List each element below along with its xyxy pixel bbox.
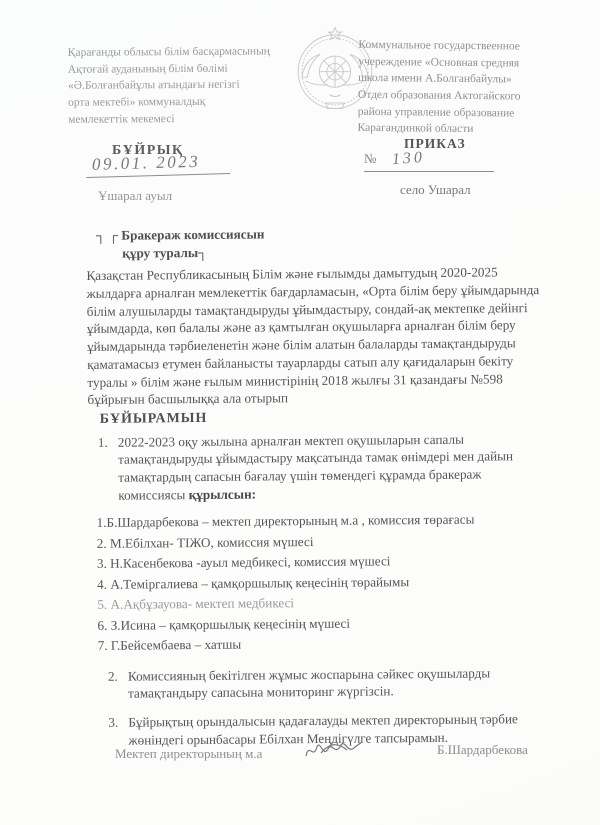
place-ru: село Ушарал — [400, 182, 471, 198]
member-row: 7. Г.Бейсембаева – хатшы — [98, 632, 550, 656]
issuer-name-kk: Қарағанды облысы білім басқармасының Ақт… — [68, 43, 305, 128]
issuer-kk-line: «Ә.Болғанбайұлы атындағы негізгі — [68, 77, 304, 95]
decree-word: БҰЙЫРАМЫН — [100, 407, 548, 430]
issuer-kk-line: Ақтоғай ауданының білім бөлімі — [68, 60, 304, 78]
subject-line2: құру туралы┐ — [122, 241, 546, 262]
issuer-name-ru: Коммунальное государствеенное учереждени… — [357, 37, 576, 139]
signer-role: Мектеп директорының м.а — [115, 746, 262, 762]
item-2-number: 2. — [108, 667, 118, 685]
place-kk: Ұшарал ауыл — [98, 188, 172, 204]
issuer-kk-line: Қарағанды облысы білім басқармасының — [68, 43, 304, 61]
signer-name: Б.Шардарбекова — [437, 742, 528, 758]
issuer-ru-line: Коммунальное государствеенное — [358, 37, 576, 56]
order-item-2: 2. Комиссияның бекітілген жұмыс жоспарын… — [104, 663, 550, 702]
item-2-text: Комиссияның бекітілген жұмыс жоспарына с… — [128, 665, 490, 701]
order-body: ┐ ┌ Бракераж комиссиясын құру туралы┐ Қа… — [84, 223, 551, 749]
preamble-paragraph: Қазақстан Республикасының Білім және ғыл… — [86, 263, 547, 409]
issuer-kk-line: мемлекеттік мекемесі — [68, 110, 304, 128]
commission-members-list: 1.Б.Шардарбекова – мектеп директорының м… — [96, 509, 549, 656]
issuer-ru-line: Карагандинкой области — [357, 120, 575, 139]
order-subject: ┐ ┌ Бракераж комиссиясын құру туралы┐ — [96, 223, 546, 262]
issuer-ru-line: Отдел образования Актогайского — [358, 87, 576, 106]
signature-scribble-icon — [303, 736, 367, 766]
handwritten-date: 09.01. 2023 — [86, 151, 231, 178]
item-3-number: 3. — [108, 714, 118, 732]
item-1-number: 1. — [98, 433, 108, 451]
number-sign: № — [364, 151, 376, 166]
scanned-order-document: Қарағанды облысы білім басқармасының Ақт… — [0, 0, 600, 825]
order-item-1: 1. 2022-2023 оқу жылына арналған мектеп … — [94, 430, 549, 505]
item-1-bold-word: құрылсын: — [189, 486, 257, 502]
order-number-row: № 130 — [364, 150, 494, 172]
item-1-text: 2022-2023 оқу жылына арналған мектеп оқу… — [118, 431, 513, 502]
issuer-kk-line: орта мектебі» коммуналдық — [68, 93, 304, 111]
handwritten-order-number: 130 — [392, 149, 426, 169]
signature-block: Мектеп директорының м.а Б.Шардарбекова — [85, 742, 555, 782]
